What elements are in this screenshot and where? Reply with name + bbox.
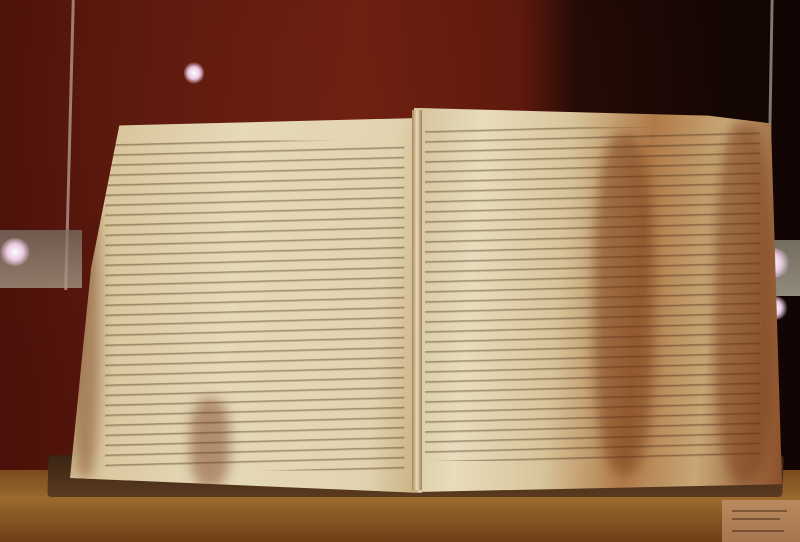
museum-display-photo: Open antique handwritten manuscript book… [0,0,800,542]
manuscript-left-page [70,118,422,493]
book-gutter [412,110,422,490]
label-text-line [732,518,780,520]
page-stain [190,398,230,488]
light-reflection [0,238,30,266]
label-text-line [732,530,784,532]
label-text-line [732,510,787,512]
handwriting-text [70,118,422,493]
page-stain [714,124,774,484]
manuscript-right-page [414,104,782,492]
light-reflection [184,62,204,84]
exhibit-label-card [722,500,800,542]
page-stain [594,134,654,474]
